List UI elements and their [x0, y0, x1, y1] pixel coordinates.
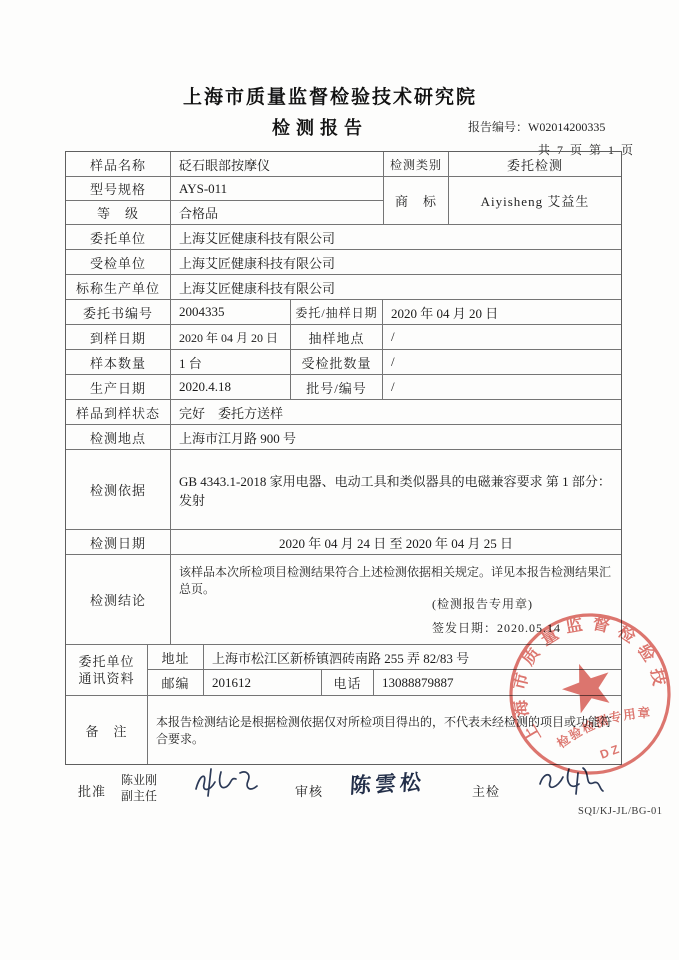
conclusion-text: 该样品本次所检项目检测结果符合上述检测依据相关规定。详见本报告检测结果汇总页。	[179, 564, 615, 598]
address-label: 地址	[148, 645, 204, 670]
production-date-label: 生产日期	[66, 375, 171, 400]
section-remark: 备 注 本报告检测结论是根据检测依据仅对所检项目得出的，不代表未经检测的项目或功…	[66, 696, 621, 764]
test-date-value: 2020 年 04 月 24 日 至 2020 年 04 月 25 日	[171, 530, 621, 555]
approver-title: 副主任	[121, 788, 157, 804]
review-label: 审核	[295, 781, 323, 800]
arrival-date-label: 到样日期	[66, 325, 171, 350]
sample-name-value: 砭石眼部按摩仪	[171, 152, 384, 177]
test-place-label: 检测地点	[66, 425, 171, 450]
document-code: SQI/KJ-JL/BG-01	[578, 806, 663, 817]
approve-label: 批准	[78, 781, 106, 800]
report-number: 报告编号：W02014200335	[468, 118, 605, 135]
section-dates: 委托书编号 2004335 委托/抽样日期 2020 年 04 月 20 日 到…	[66, 300, 621, 400]
client-value: 上海艾匠健康科技有限公司	[171, 225, 621, 250]
report-table: 样品名称 砭石眼部按摩仪 检测类别 委托检测 型号规格 AYS-011 商 标 …	[65, 151, 622, 765]
sample-qty-value: 1 台	[171, 350, 291, 375]
arrival-date-value: 2020 年 04 月 20 日	[171, 325, 291, 350]
client-label: 委托单位	[66, 225, 171, 250]
test-place-value: 上海市江月路 900 号	[171, 425, 621, 450]
sampling-place-label: 抽样地点	[291, 325, 383, 350]
phone-label: 电话	[322, 670, 374, 696]
manufacturer-value: 上海艾匠健康科技有限公司	[171, 275, 621, 300]
inspect-label: 主检	[472, 781, 500, 800]
section-basis: 检测依据 GB 4343.1-2018 家用电器、电动工具和类似器具的电磁兼容要…	[66, 450, 621, 530]
test-date-label: 检测日期	[66, 530, 171, 555]
inspected-unit-label: 受检单位	[66, 250, 171, 275]
phone-value: 13088879887	[374, 670, 621, 696]
sample-state-value: 完好 委托方送样	[171, 400, 621, 425]
section-contact: 委托单位 通讯资料 地址 上海市松江区新桥镇泗砖南路 255 弄 82/83 号…	[66, 645, 621, 696]
trademark-value: Aiyisheng 艾益生	[449, 177, 621, 225]
zip-label: 邮编	[148, 670, 204, 696]
zip-value: 201612	[204, 670, 322, 696]
commission-no-value: 2004335	[171, 300, 291, 325]
test-basis-label: 检测依据	[66, 450, 171, 530]
report-number-label: 报告编号：	[468, 120, 528, 134]
production-date-value: 2020.4.18	[171, 375, 291, 400]
grade-label: 等 级	[66, 201, 171, 225]
model-value: AYS-011	[171, 177, 384, 201]
batch-no-value: /	[383, 375, 621, 400]
address-value: 上海市松江区新桥镇泗砖南路 255 弄 82/83 号	[204, 645, 621, 670]
section-units: 委托单位 上海艾匠健康科技有限公司 受检单位 上海艾匠健康科技有限公司 标称生产…	[66, 225, 621, 300]
issue-date: 签发日期：2020.05.14	[432, 619, 561, 636]
test-category-label: 检测类别	[384, 152, 449, 177]
contact-label-line1: 委托单位	[78, 653, 134, 670]
conclusion-label: 检测结论	[66, 555, 171, 645]
section-state: 样品到样状态 完好 委托方送样 检测地点 上海市江月路 900 号	[66, 400, 621, 450]
approver-signature	[188, 765, 262, 801]
manufacturer-label: 标称生产单位	[66, 275, 171, 300]
contact-label: 委托单位 通讯资料	[66, 645, 148, 696]
remark-value: 本报告检测结论是根据检测依据仅对所检项目得出的，不代表未经检测的项目或功能符合要…	[148, 696, 621, 764]
trademark-label: 商 标	[384, 177, 449, 225]
sample-qty-label: 样本数量	[66, 350, 171, 375]
seal-note: (检测报告专用章)	[432, 595, 533, 612]
test-category-value: 委托检测	[449, 152, 621, 177]
remark-label: 备 注	[66, 696, 148, 764]
institute-title: 上海市质量监督检验技术研究院	[30, 82, 630, 109]
batch-qty-value: /	[383, 350, 621, 375]
inspected-unit-value: 上海艾匠健康科技有限公司	[171, 250, 621, 275]
report-page: 上海市质量监督检验技术研究院 检测报告 报告编号：W02014200335 共 …	[0, 0, 679, 960]
contact-label-line2: 通讯资料	[78, 670, 134, 687]
commission-date-label: 委托/抽样日期	[291, 300, 383, 325]
batch-qty-label: 受检批数量	[291, 350, 383, 375]
sampling-place-value: /	[383, 325, 621, 350]
commission-no-label: 委托书编号	[66, 300, 171, 325]
approver-name: 陈业刚	[121, 772, 157, 788]
test-basis-value: GB 4343.1-2018 家用电器、电动工具和类似器具的电磁兼容要求 第 1…	[171, 450, 621, 530]
conclusion-cell: 该样品本次所检项目检测结果符合上述检测依据相关规定。详见本报告检测结果汇总页。 …	[171, 555, 621, 645]
inspector-signature	[534, 764, 606, 800]
batch-no-label: 批号/编号	[291, 375, 383, 400]
report-number-value: W02014200335	[528, 120, 605, 134]
model-label: 型号规格	[66, 177, 171, 201]
section-test-date: 检测日期 2020 年 04 月 24 日 至 2020 年 04 月 25 日	[66, 530, 621, 555]
sample-state-label: 样品到样状态	[66, 400, 171, 425]
review-signature: 陈雲松	[349, 766, 425, 800]
section-sample: 样品名称 砭石眼部按摩仪 检测类别 委托检测 型号规格 AYS-011 商 标 …	[66, 152, 621, 225]
grade-value: 合格品	[171, 201, 384, 225]
approver-name-block: 陈业刚 副主任	[121, 772, 157, 804]
commission-date-value: 2020 年 04 月 20 日	[383, 300, 621, 325]
section-conclusion: 检测结论 该样品本次所检项目检测结果符合上述检测依据相关规定。详见本报告检测结果…	[66, 555, 621, 645]
sample-name-label: 样品名称	[66, 152, 171, 177]
